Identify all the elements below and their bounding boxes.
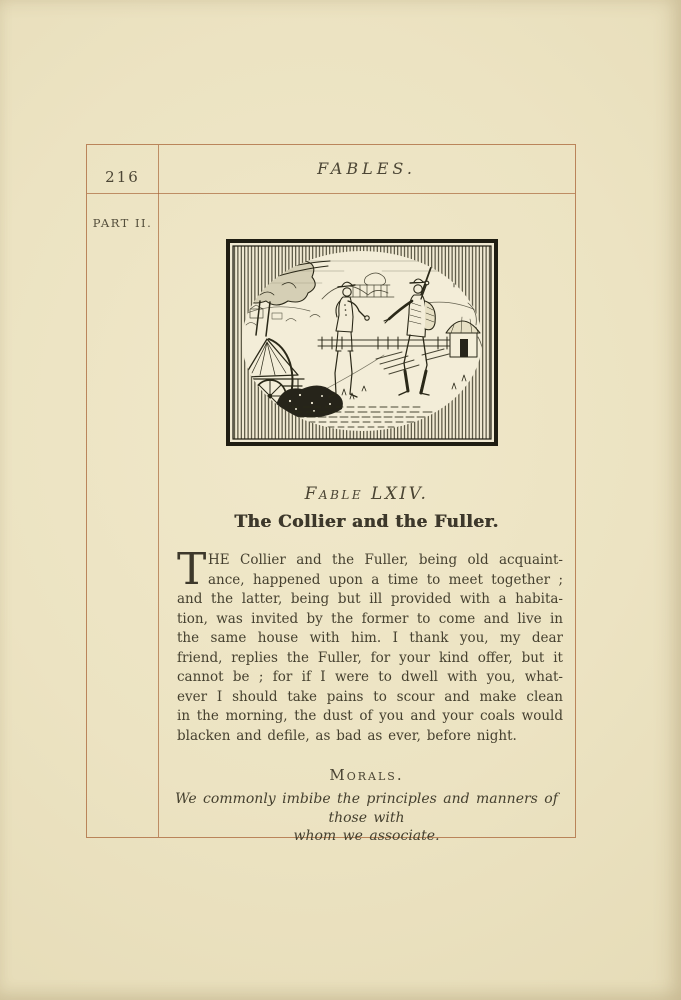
running-head: FABLES.: [158, 159, 575, 178]
woodcut-illustration: [226, 239, 498, 446]
morals-heading: Morals.: [158, 766, 575, 784]
text-line: ance, happened upon a time to meet toget…: [208, 571, 563, 591]
fable-title: The Collier and the Fuller.: [158, 512, 575, 532]
text-line: whom we associate.: [158, 827, 575, 846]
moral-text: We commonly imbibe the principles and ma…: [158, 790, 575, 846]
page-number: 216: [87, 168, 158, 186]
text-line: tion, was invited by the former to come …: [177, 610, 563, 630]
text-line: HE Collier and the Fuller, being old acq…: [208, 551, 563, 571]
text-line: friend, replies the Fuller, for your kin…: [177, 649, 563, 669]
fable-body: T HE Collier and the Fuller, being old a…: [177, 551, 563, 746]
part-label: PART II.: [87, 216, 158, 230]
page-border-frame: 216 FABLES. PART II.: [86, 144, 576, 838]
fable-opening-lines: HE Collier and the Fuller, being old acq…: [208, 551, 563, 590]
scanned-book-page: 216 FABLES. PART II.: [0, 0, 681, 1000]
header-rule: [87, 193, 575, 194]
fable-number-heading: Fable LXIV.: [158, 484, 575, 504]
text-line: ever I should take pains to scour and ma…: [177, 688, 563, 708]
text-line: cannot be ; for if I were to dwell with …: [177, 668, 563, 688]
text-line: the same house with him. I thank you, my…: [177, 629, 563, 649]
drop-cap: T: [177, 551, 208, 590]
dropcap-row: T HE Collier and the Fuller, being old a…: [177, 551, 563, 590]
fable-body-lines: and the latter, being but ill provided w…: [177, 590, 563, 746]
text-line: blacken and defile, as bad as ever, befo…: [177, 727, 563, 747]
text-line: in the morning, the dust of you and your…: [177, 707, 563, 727]
text-line: and the latter, being but ill provided w…: [177, 590, 563, 610]
text-line: We commonly imbibe the principles and ma…: [158, 790, 575, 827]
